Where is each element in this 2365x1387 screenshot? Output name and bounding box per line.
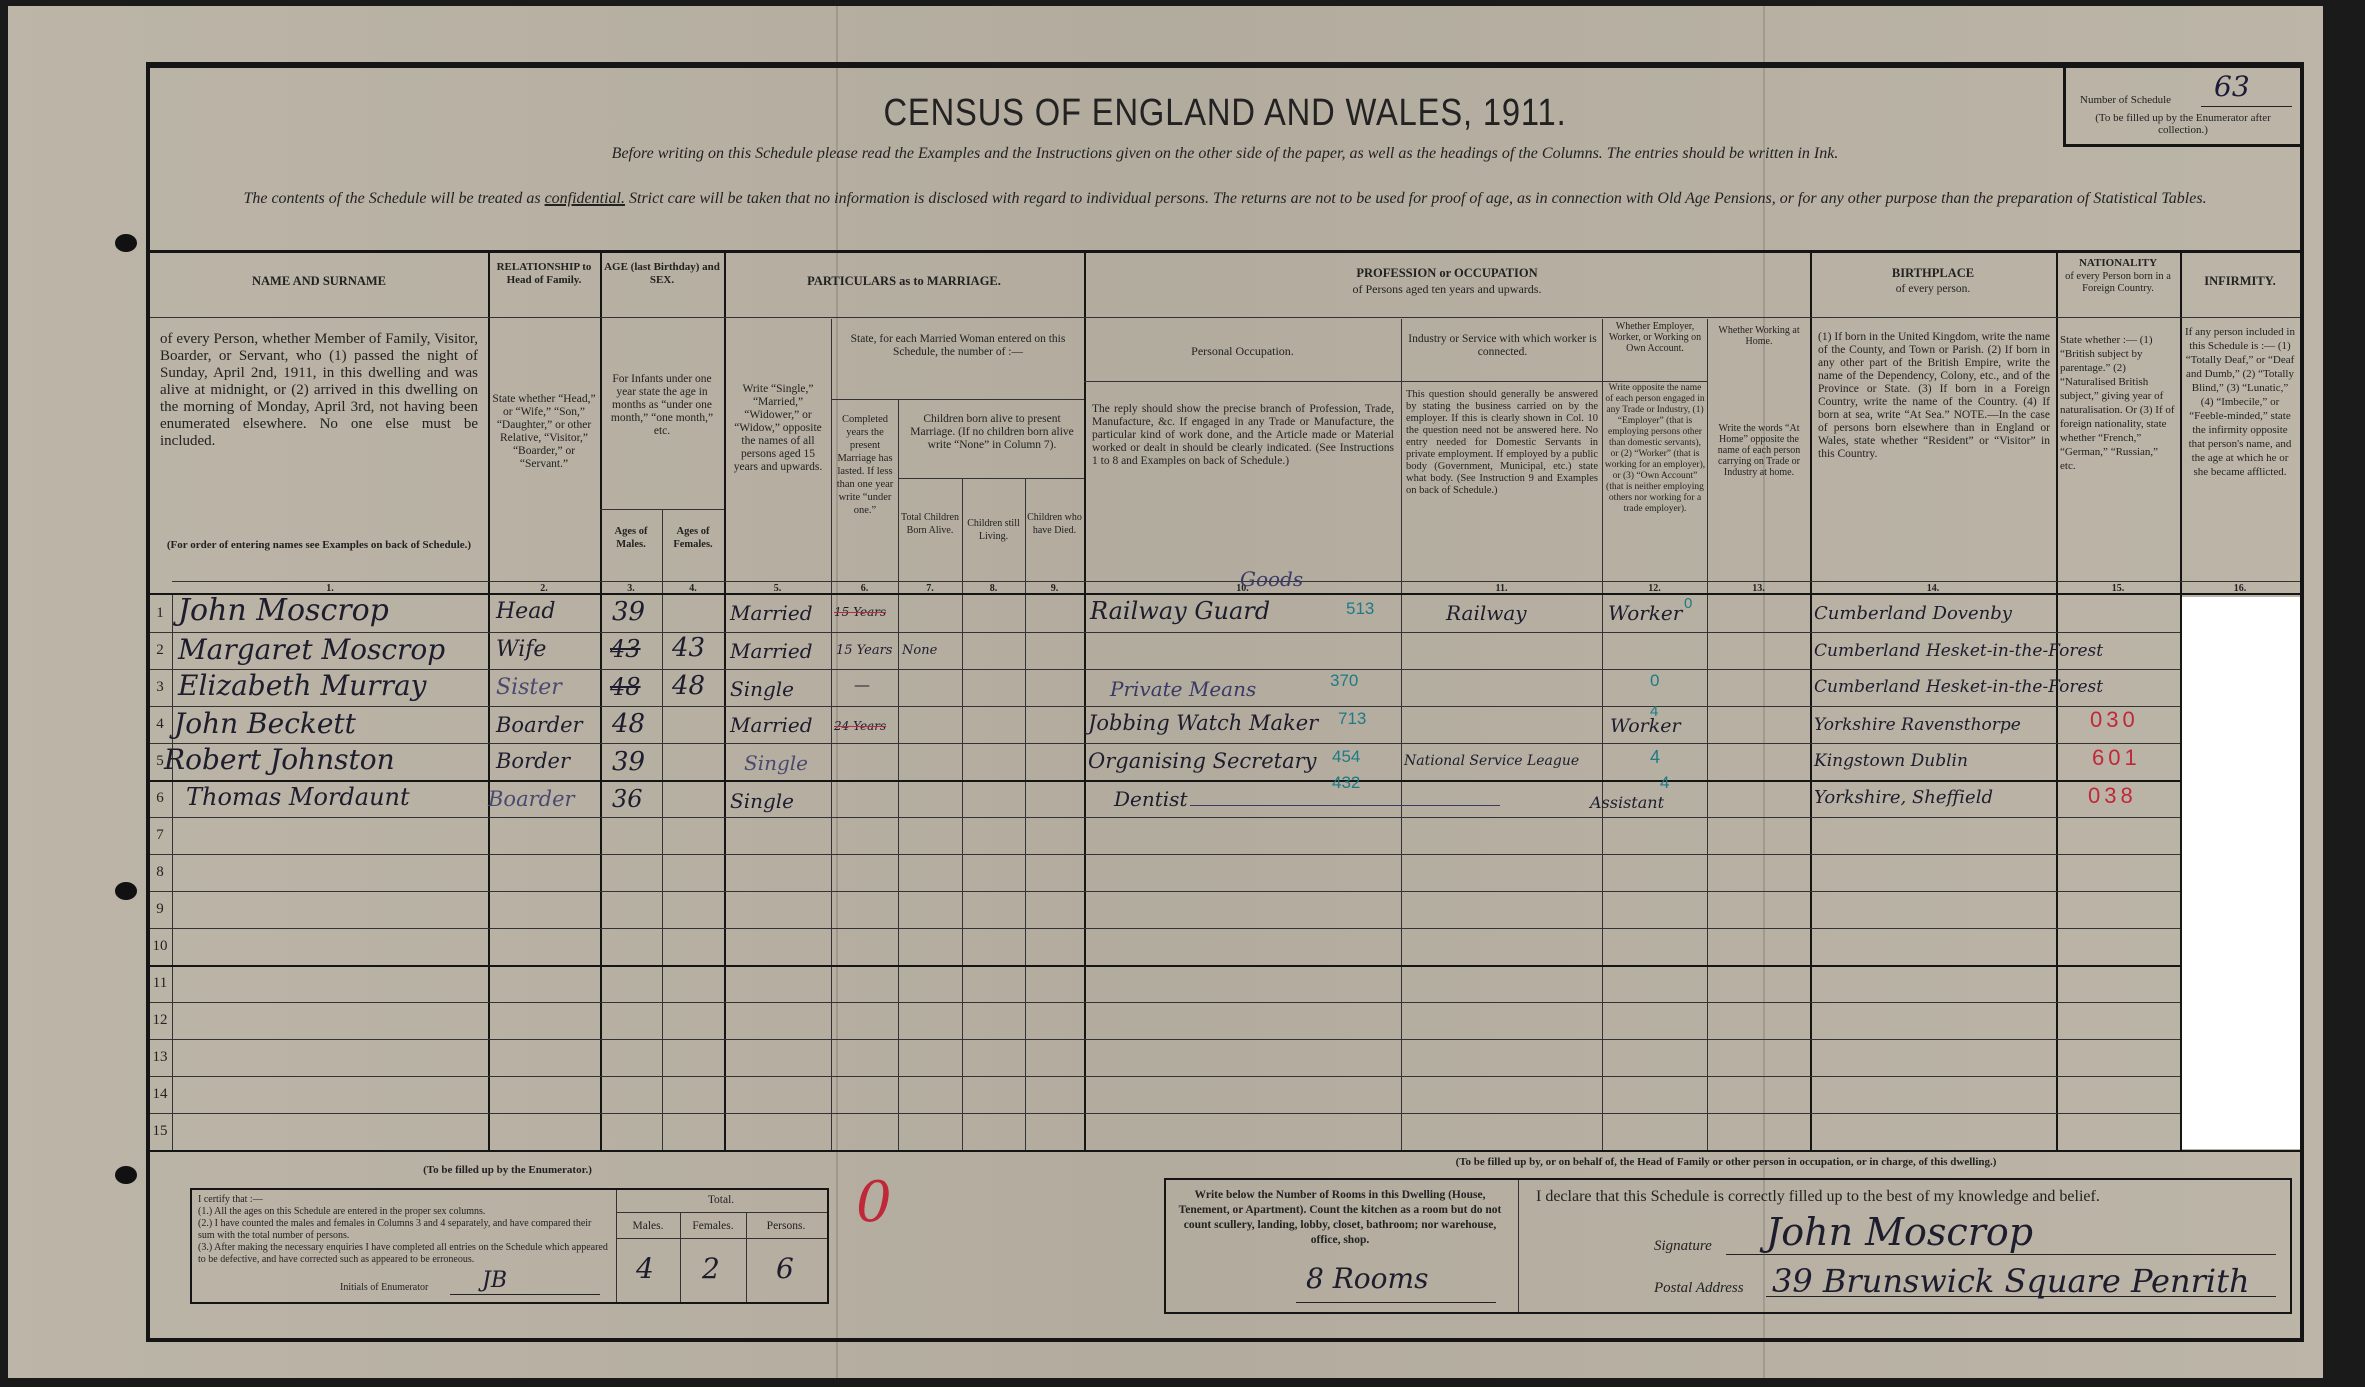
- occupation: Organising Secretary: [1088, 749, 1317, 773]
- column-number: 14.: [1810, 583, 2056, 594]
- relationship: Wife: [496, 637, 546, 662]
- males-label: Males.: [616, 1220, 680, 1233]
- birthplace: Cumberland Dovenby: [1814, 603, 2012, 624]
- header-children: Children born alive to present Marriage.…: [902, 413, 1082, 452]
- row-number: 1: [150, 605, 170, 622]
- relationship: Boarder: [488, 787, 575, 811]
- employment-status: Worker: [1608, 601, 1682, 625]
- children-total: None: [902, 643, 937, 658]
- header-employer: Whether Employer, Worker, or Working on …: [1604, 321, 1706, 354]
- person-name: Elizabeth Murray: [178, 669, 426, 702]
- column-number: 2.: [488, 583, 600, 594]
- age-male: 39: [612, 597, 645, 627]
- age-male-struck: 48: [610, 673, 641, 701]
- occupation-note: Goods: [1240, 567, 1303, 591]
- row-number: 13: [150, 1049, 170, 1066]
- header-nationality-body: State whether :— (1) “British subject by…: [2060, 333, 2176, 473]
- row-number: 10: [150, 938, 170, 955]
- person-name: Robert Johnston: [164, 743, 395, 776]
- person-name: Thomas Mordaunt: [186, 783, 410, 811]
- row-number: 6: [150, 790, 170, 807]
- nationality-code: 601: [2092, 745, 2141, 771]
- relationship: Border: [496, 749, 570, 773]
- household-declaration-box: Write below the Number of Rooms in this …: [1164, 1178, 2292, 1314]
- occupation: Jobbing Watch Maker: [1088, 711, 1318, 735]
- footer-section: (To be filled up by the Enumerator.) I c…: [150, 1150, 2300, 1338]
- header-industry-body: This question should generally be answer…: [1406, 389, 1598, 497]
- header-relationship: RELATIONSHIP to Head of Family.: [488, 261, 600, 287]
- schedule-number-box: Number of Schedule 63 (To be filled up b…: [2063, 68, 2300, 147]
- schedule-number-note: (To be filled up by the Enumerator after…: [2072, 112, 2294, 136]
- occupation: Private Means: [1110, 677, 1256, 701]
- industry: Railway: [1446, 601, 1527, 625]
- marriage-years: —: [854, 675, 870, 694]
- column-number: 6.: [831, 583, 898, 594]
- birthplace: Yorkshire, Sheffield: [1814, 787, 1993, 808]
- header-nationality: NATIONALITY: [2056, 257, 2180, 269]
- row-number: 12: [150, 1012, 170, 1029]
- males-total: 4: [636, 1252, 654, 1285]
- relationship: Boarder: [496, 713, 583, 737]
- ink-instruction: Before writing on this Schedule please r…: [150, 145, 2300, 163]
- marital-condition: Married: [730, 601, 813, 625]
- header-age: AGE (last Birthday) and SEX.: [600, 261, 724, 287]
- occupation-code: 713: [1338, 709, 1366, 729]
- marital-condition: Married: [730, 639, 813, 663]
- occupation: Dentist: [1114, 787, 1188, 811]
- postal-address-value: 39 Brunswick Square Penrith: [1772, 1262, 2250, 1300]
- enumerator-certificate-box: I certify that :— (1.) All the ages on t…: [190, 1188, 829, 1304]
- postal-address-label: Postal Address: [1654, 1280, 1744, 1297]
- column-number: 5.: [724, 583, 831, 594]
- header-birthplace-subtitle: of every person.: [1810, 283, 2056, 296]
- header-married-woman: State, for each Married Woman entered on…: [840, 333, 1076, 359]
- females-label: Females.: [680, 1220, 746, 1233]
- enumerator-certificate-text: I certify that :— (1.) All the ages on t…: [198, 1194, 608, 1266]
- declaration-text: I declare that this Schedule is correctl…: [1536, 1188, 2100, 1206]
- column-number: 11.: [1401, 583, 1602, 594]
- row-number: 7: [150, 827, 170, 844]
- redacted-infirmity-column: [2182, 597, 2300, 1149]
- occupation-code: 454: [1332, 747, 1360, 767]
- header-at-home-body: Write the words “At Home” opposite the n…: [1712, 423, 1806, 478]
- schedule-number-label: Number of Schedule: [2080, 94, 2171, 106]
- marital-condition: Married: [730, 713, 813, 737]
- row-number: 3: [150, 679, 170, 696]
- age-male: 36: [612, 785, 643, 813]
- employment-code: 0: [1684, 595, 1692, 612]
- initials-value: JB: [482, 1268, 507, 1293]
- birthplace: Yorkshire Ravensthorpe: [1814, 715, 2021, 735]
- occupation-dash: [1190, 805, 1500, 806]
- row-number: 4: [150, 716, 170, 733]
- initials-label: Initials of Enumerator: [340, 1282, 428, 1293]
- page-title: CENSUS OF ENGLAND AND WALES, 1911.: [301, 92, 2150, 135]
- row-number: 15: [150, 1123, 170, 1140]
- rooms-instruction: Write below the Number of Rooms in this …: [1172, 1188, 1508, 1248]
- birthplace: Cumberland Hesket-in-the-Forest: [1814, 677, 2103, 697]
- header-personal-occupation-body: The reply should show the precise branch…: [1092, 403, 1394, 468]
- header-name-body: of every Person, whether Member of Famil…: [160, 331, 478, 450]
- header-infirmity-body: If any person included in this Schedule …: [2184, 325, 2296, 479]
- enumerator-heading: (To be filled up by the Enumerator.): [190, 1164, 825, 1177]
- rooms-value: 8 Rooms: [1306, 1262, 1428, 1295]
- row-number: 8: [150, 864, 170, 881]
- person-name: Margaret Moscrop: [178, 633, 445, 666]
- form-frame: CENSUS OF ENGLAND AND WALES, 1911. Befor…: [146, 62, 2304, 1342]
- marriage-years: 24 Years: [834, 719, 886, 733]
- column-number: 12.: [1602, 583, 1707, 594]
- column-number: 13.: [1707, 583, 1810, 594]
- column-number: 16.: [2180, 583, 2300, 594]
- relationship: Head: [496, 599, 555, 624]
- column-number: 9.: [1025, 583, 1084, 594]
- household-heading: (To be filled up by, or on behalf of, th…: [1164, 1156, 2288, 1169]
- census-schedule-page: CENSUS OF ENGLAND AND WALES, 1911. Befor…: [8, 6, 2323, 1378]
- column-number: 4.: [662, 583, 724, 594]
- marital-condition: Single: [744, 751, 808, 775]
- employment-code: 4: [1650, 747, 1660, 768]
- header-birthplace-body: (1) If born in the United Kingdom, write…: [1818, 331, 2050, 461]
- header-nationality-subtitle: of every Person born in a Foreign Countr…: [2056, 271, 2180, 295]
- header-relationship-body: State whether “Head,” or “Wife,” “Son,” …: [492, 393, 596, 471]
- header-occupation-subtitle: of Persons aged ten years and upwards.: [1084, 283, 1810, 296]
- column-number: 3.: [600, 583, 662, 594]
- header-birthplace: BIRTHPLACE: [1810, 267, 2056, 280]
- occupation: Railway Guard: [1090, 597, 1270, 625]
- marital-condition: Single: [730, 677, 794, 701]
- red-mark: 0: [856, 1170, 892, 1235]
- birthplace: Cumberland Hesket-in-the-Forest: [1814, 641, 2103, 661]
- occupation-code: 513: [1346, 599, 1374, 619]
- punch-hole: [115, 1166, 137, 1184]
- header-name: NAME AND SURNAME: [150, 275, 488, 288]
- column-number: 8.: [962, 583, 1025, 594]
- occupation-code: 432: [1332, 773, 1360, 793]
- header-infirmity: INFIRMITY.: [2180, 275, 2300, 288]
- column-number: 15.: [2056, 583, 2180, 594]
- header-at-home: Whether Working at Home.: [1709, 325, 1809, 347]
- marital-condition: Single: [730, 789, 794, 813]
- punch-hole: [115, 234, 137, 252]
- nationality-code: 030: [2090, 707, 2139, 733]
- person-name: John Moscrop: [178, 593, 389, 628]
- age-male: 48: [612, 709, 645, 739]
- schedule-number-value: 63: [2214, 70, 2250, 103]
- header-name-note: (For order of entering names see Example…: [160, 539, 478, 552]
- person-name: John Beckett: [174, 707, 356, 740]
- relationship: Sister: [496, 675, 562, 700]
- marriage-years: 15 Years: [836, 643, 892, 658]
- header-children-total: Total Children Born Alive.: [898, 511, 962, 537]
- header-occupation: PROFESSION or OCCUPATION: [1084, 267, 1810, 280]
- employment-status: Worker: [1610, 715, 1681, 737]
- header-children-living: Children still Living.: [962, 517, 1025, 543]
- punch-hole: [115, 882, 137, 900]
- marriage-years: 15 Years: [834, 605, 886, 619]
- age-male-struck: 43: [610, 635, 641, 663]
- employment-code: 4: [1660, 773, 1669, 793]
- confidential-word: confidential.: [545, 190, 625, 207]
- header-industry: Industry or Service with which worker is…: [1405, 333, 1600, 359]
- persons-label: Persons.: [746, 1220, 826, 1233]
- row-number: 9: [150, 901, 170, 918]
- signature-label: Signature: [1654, 1238, 1712, 1255]
- age-female: 48: [672, 671, 705, 701]
- females-total: 2: [702, 1252, 720, 1285]
- row-number: 2: [150, 642, 170, 659]
- industry: National Service League: [1404, 753, 1579, 769]
- birthplace: Kingstown Dublin: [1814, 751, 1968, 771]
- confidentiality-notice: The contents of the Schedule will be tre…: [170, 186, 2280, 212]
- employment-status: Assistant: [1590, 793, 1664, 812]
- census-table: NAME AND SURNAME of every Person, whethe…: [150, 250, 2300, 1151]
- header-marriage: PARTICULARS as to MARRIAGE.: [724, 275, 1084, 288]
- signature-value: John Moscrop: [1766, 1210, 2033, 1254]
- header-employer-body: Write opposite the name of each person e…: [1604, 383, 1706, 515]
- occupation-code: 370: [1330, 671, 1358, 691]
- header-personal-occupation: Personal Occupation.: [1084, 345, 1401, 358]
- header-marriage-years: Completed years the present Marriage has…: [832, 413, 898, 517]
- total-label: Total.: [616, 1194, 826, 1207]
- header-age-females: Ages of Females.: [662, 525, 724, 551]
- employment-code: 0: [1650, 671, 1659, 691]
- persons-total: 6: [776, 1252, 794, 1285]
- column-number: 7.: [898, 583, 962, 594]
- age-female: 43: [672, 633, 705, 663]
- row-number: 14: [150, 1086, 170, 1103]
- header-children-died: Children who have Died.: [1025, 511, 1084, 537]
- header-age-body: For Infants under one year state the age…: [602, 373, 722, 438]
- header-marriage-condition: Write “Single,” “Married,” “Widower,” or…: [728, 383, 828, 474]
- nationality-code: 038: [2088, 783, 2137, 809]
- row-number: 11: [150, 975, 170, 992]
- header-age-males: Ages of Males.: [600, 525, 662, 551]
- age-male: 39: [612, 747, 645, 777]
